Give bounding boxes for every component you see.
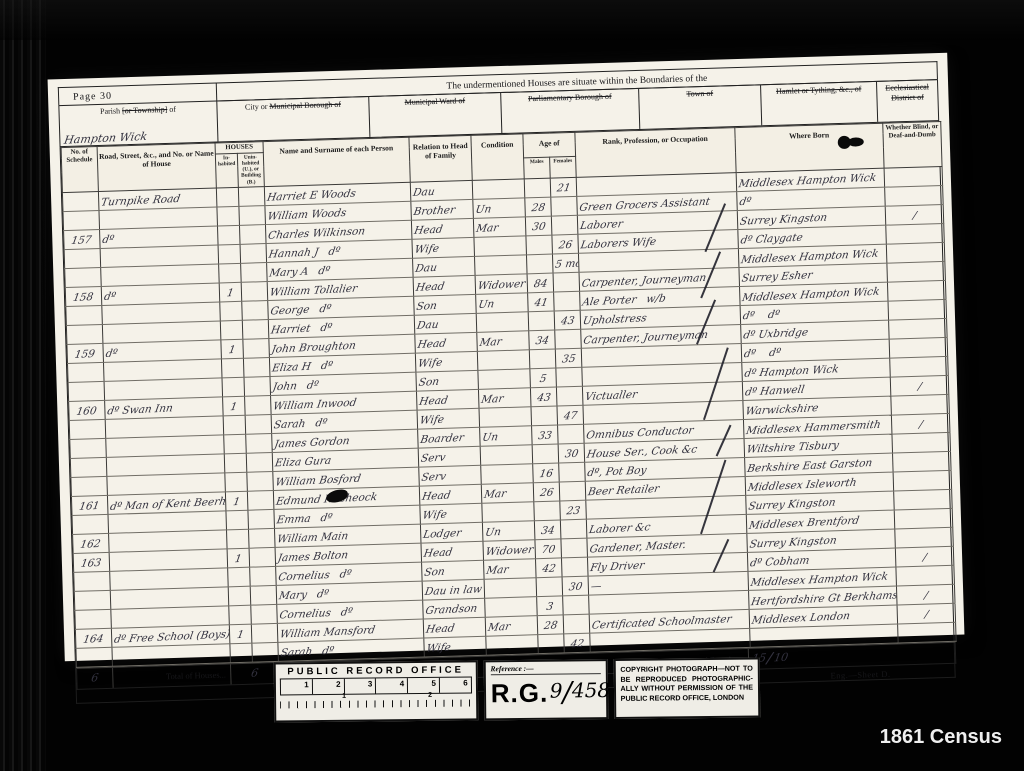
jurisdiction-box: Parish [or Township] ofHampton Wick xyxy=(59,101,218,146)
jurisdiction-box: Parliamentary Borough of xyxy=(501,89,640,133)
cell-age-males: 28 xyxy=(537,615,564,635)
cell-schedule xyxy=(76,647,113,667)
cell-infirm xyxy=(890,356,949,377)
cell-relation: Head xyxy=(421,541,484,562)
col-header-name: Name and Surname of each Person xyxy=(263,137,410,186)
cell-condition xyxy=(475,255,528,276)
cell-age-males: 84 xyxy=(527,273,554,293)
cell-age-females xyxy=(561,538,588,558)
image-caption: 1861 Census xyxy=(880,726,1002,749)
cm-ruler: 12 xyxy=(280,692,472,708)
cell-age-females xyxy=(551,215,578,235)
cell-condition: Mar xyxy=(477,331,530,352)
cell-age-females xyxy=(560,519,587,539)
cell-condition: Mar xyxy=(484,559,537,580)
cell-infirm: / xyxy=(891,413,950,434)
enumeration-table: No. of Schedule Road, Street, &c., and N… xyxy=(61,121,957,668)
inch-mark: 4 xyxy=(376,678,408,693)
cell-infirm xyxy=(892,432,951,453)
cell-relation: Head xyxy=(423,617,486,638)
cell-age-males: 43 xyxy=(530,387,557,407)
cell-uninhabited xyxy=(239,205,266,225)
cell-schedule xyxy=(67,362,104,382)
cell-schedule xyxy=(69,419,106,439)
cell-relation: Boarder xyxy=(418,427,481,448)
cell-infirm xyxy=(898,622,957,643)
jurisdiction-box: Town of xyxy=(639,85,762,129)
cell-age-males: 34 xyxy=(529,330,556,350)
cell-uninhabited xyxy=(252,642,279,662)
cell-relation: Head xyxy=(416,389,479,410)
cell-relation: Brother xyxy=(411,199,474,220)
cell-condition: Mar xyxy=(478,388,531,409)
reference-number: 9/458 xyxy=(550,675,611,709)
cell-age-males: 70 xyxy=(535,539,562,559)
cell-age-males: 26 xyxy=(533,482,560,502)
cell-uninhabited xyxy=(250,585,277,605)
inch-mark: 1 xyxy=(281,679,313,694)
cell-relation: Son xyxy=(414,294,477,315)
cell-uninhabited xyxy=(251,623,278,643)
cell-inhabited: 1 xyxy=(229,624,252,644)
cell-age-males: 28 xyxy=(525,197,552,217)
cell-age-females xyxy=(556,386,583,406)
cell-infirm xyxy=(894,508,953,529)
cell-relation: Son xyxy=(416,370,479,391)
cell-uninhabited xyxy=(243,338,270,358)
pro-copyright-panel: COPYRIGHT PHOTOGRAPH—NOT TO BE REPRODUCE… xyxy=(613,657,760,719)
cell-schedule: 159 xyxy=(67,343,104,363)
cell-schedule xyxy=(62,191,99,211)
cell-inhabited xyxy=(221,358,244,378)
cell-schedule xyxy=(70,438,107,458)
cell-age-females: 21 xyxy=(550,177,577,197)
cell-age-females: 35 xyxy=(555,348,582,368)
cell-age-females xyxy=(556,367,583,387)
cell-inhabited xyxy=(224,434,247,454)
cell-condition xyxy=(472,179,525,200)
cell-schedule: 161 xyxy=(71,495,108,515)
cell-age-females: 5 mo xyxy=(552,253,579,273)
cell-inhabited xyxy=(230,643,253,663)
cell-relation: Head xyxy=(411,218,474,239)
cell-infirm xyxy=(893,470,952,491)
cell-age-females: 43 xyxy=(554,310,581,330)
cell-inhabited xyxy=(216,187,239,207)
cell-uninhabited xyxy=(250,566,277,586)
cell-inhabited: 1 xyxy=(227,548,250,568)
cell-relation: Grandson xyxy=(423,598,486,619)
cell-relation: Dau xyxy=(410,180,473,201)
cell-condition: Widower xyxy=(483,540,536,561)
cell-age-males xyxy=(528,311,555,331)
cell-schedule xyxy=(63,210,100,230)
cell-condition: Un xyxy=(480,426,533,447)
cell-condition: Un xyxy=(476,293,529,314)
cell-condition xyxy=(478,369,531,390)
cell-inhabited xyxy=(225,472,248,492)
cell-age-females xyxy=(558,424,585,444)
cell-relation: Dau xyxy=(413,256,476,277)
cell-infirm: / xyxy=(890,375,949,396)
cell-relation: Lodger xyxy=(420,522,483,543)
film-top-shadow xyxy=(0,0,1024,40)
cell-infirm xyxy=(888,299,947,320)
cell-uninhabited xyxy=(246,452,273,472)
cell-condition xyxy=(480,445,533,466)
col-header-females: Females xyxy=(550,156,577,177)
inch-mark: 3 xyxy=(344,678,376,693)
cell-age-females xyxy=(555,329,582,349)
cell-infirm xyxy=(895,527,954,548)
cell-uninhabited xyxy=(251,604,278,624)
cell-age-females: 23 xyxy=(560,500,587,520)
cell-inhabited xyxy=(227,529,250,549)
cell-uninhabited xyxy=(244,376,271,396)
cm-mark: 2 xyxy=(428,692,432,699)
cell-infirm xyxy=(889,337,948,358)
col-header-males: Males xyxy=(524,157,551,178)
cell-relation: Dau in law xyxy=(422,579,485,600)
cell-age-females: 30 xyxy=(558,443,585,463)
cell-infirm xyxy=(886,223,945,244)
cell-inhabited xyxy=(224,453,247,473)
cell-relation: Head xyxy=(415,332,478,353)
cell-age-males: 16 xyxy=(533,463,560,483)
col-header-uninhabited: Unin-habited (U.), or Building (B.) xyxy=(237,152,264,187)
cell-condition xyxy=(474,236,527,257)
census-page: Page 30 The undermentioned Houses are si… xyxy=(48,53,965,661)
cell-condition xyxy=(486,635,539,656)
cell-age-males xyxy=(538,634,565,654)
cell-relation: Wife xyxy=(412,237,475,258)
pro-ruler-panel: PUBLIC RECORD OFFICE 123456 12 xyxy=(274,660,478,722)
cell-age-males: 5 xyxy=(530,368,557,388)
col-header-relation: Relation to Head of Family xyxy=(409,135,472,182)
cell-infirm: / xyxy=(897,603,956,624)
cell-condition: Widower xyxy=(475,274,528,295)
inch-mark: 6 xyxy=(440,677,471,692)
col-header-born: Where Born xyxy=(735,123,884,172)
cell-age-males xyxy=(529,349,556,369)
cell-condition xyxy=(481,464,534,485)
cell-uninhabited xyxy=(246,433,273,453)
jurisdiction-box: Ecclesiastical District of xyxy=(877,80,938,122)
cell-infirm: / xyxy=(885,204,944,225)
cell-age-females: 30 xyxy=(562,576,589,596)
cell-age-females xyxy=(559,481,586,501)
cell-inhabited xyxy=(220,301,243,321)
cell-infirm xyxy=(887,261,946,282)
cell-inhabited xyxy=(222,377,245,397)
cell-schedule xyxy=(70,457,107,477)
cell-age-females xyxy=(553,272,580,292)
cell-condition xyxy=(477,350,530,371)
cell-schedule xyxy=(65,267,102,287)
cell-age-males: 30 xyxy=(525,216,552,236)
cell-age-males: 34 xyxy=(534,520,561,540)
cell-schedule xyxy=(71,476,108,496)
cell-uninhabited xyxy=(242,300,269,320)
cell-schedule: 157 xyxy=(64,229,101,249)
cell-condition: Mar xyxy=(481,483,534,504)
cell-infirm xyxy=(886,242,945,263)
col-header-road: Road, Street, &c., and No. or Name of Ho… xyxy=(97,143,216,191)
cell-age-females: 26 xyxy=(552,234,579,254)
cell-schedule xyxy=(66,305,103,325)
cell-condition: Mar xyxy=(485,616,538,637)
inch-mark: 5 xyxy=(408,678,440,693)
cell-age-males xyxy=(531,406,558,426)
cell-age-females xyxy=(559,462,586,482)
cell-age-males xyxy=(526,235,553,255)
jurisdiction-box: Hamlet or Tything, &c., of xyxy=(761,82,878,125)
total-houses-value: 6 xyxy=(250,668,259,679)
enumeration-table-wrap: No. of Schedule Road, Street, &c., and N… xyxy=(60,121,956,704)
cell-infirm: / xyxy=(896,584,955,605)
cell-inhabited xyxy=(229,605,252,625)
cell-age-males: 41 xyxy=(528,292,555,312)
cell-relation: Wife xyxy=(415,351,478,372)
cell-age-males xyxy=(524,178,551,198)
film-edge-artifact xyxy=(0,0,46,771)
cell-condition xyxy=(484,578,537,599)
cell-uninhabited xyxy=(245,395,272,415)
cell-relation: Dau xyxy=(414,313,477,334)
cell-condition: Un xyxy=(473,198,526,219)
col-header-occupation: Rank, Profession, or Occupation xyxy=(575,128,736,178)
cell-relation: Head xyxy=(413,275,476,296)
cell-infirm xyxy=(889,318,948,339)
col-header-infirm: Whether Blind, or Deaf-and-Dumb xyxy=(883,121,942,168)
cell-infirm xyxy=(887,280,946,301)
col-header-schedule: No. of Schedule xyxy=(61,147,98,193)
jurisdiction-box: City or Municipal Borough of xyxy=(217,97,370,141)
cell-condition xyxy=(479,407,532,428)
cell-inhabited xyxy=(223,415,246,435)
cell-age-females: 42 xyxy=(564,633,591,653)
cell-relation: Wife xyxy=(420,503,483,524)
total-houses-label: Total of Houses... xyxy=(113,664,231,687)
cell-inhabited: 1 xyxy=(221,339,244,359)
cell-inhabited xyxy=(217,225,240,245)
col-header-inhabited: In-habited xyxy=(215,153,238,188)
cell-schedule: 158 xyxy=(65,286,102,306)
cell-infirm: / xyxy=(895,546,954,567)
cell-uninhabited xyxy=(242,319,269,339)
cell-age-males: 33 xyxy=(532,425,559,445)
photo-background: Page 30 The undermentioned Houses are si… xyxy=(0,0,1024,771)
cell-schedule xyxy=(64,248,101,268)
cell-schedule xyxy=(72,514,109,534)
col-header-condition: Condition xyxy=(471,134,524,180)
cell-uninhabited xyxy=(247,490,274,510)
cell-relation: Serv xyxy=(418,446,481,467)
cell-age-males xyxy=(526,254,553,274)
pro-reference-strip: PUBLIC RECORD OFFICE 123456 12 Reference… xyxy=(274,657,761,722)
jurisdiction-box: Municipal Ward of xyxy=(369,93,502,137)
cell-uninhabited xyxy=(241,281,268,301)
cell-inhabited xyxy=(220,320,243,340)
cell-uninhabited xyxy=(238,186,265,206)
cell-schedule: 163 xyxy=(73,552,110,572)
pro-office-title: PUBLIC RECORD OFFICE xyxy=(280,664,472,677)
cell-infirm xyxy=(885,185,944,206)
cell-relation: Serv xyxy=(419,465,482,486)
cell-condition: Mar xyxy=(473,217,526,238)
cell-schedule xyxy=(75,609,112,629)
cell-age-females xyxy=(561,557,588,577)
cell-infirm xyxy=(894,489,953,510)
cell-uninhabited xyxy=(247,471,274,491)
cell-uninhabited xyxy=(243,357,270,377)
cell-infirm xyxy=(891,394,950,415)
cell-inhabited: 1 xyxy=(223,396,246,416)
cell-inhabited xyxy=(228,586,251,606)
cell-age-males: 3 xyxy=(537,596,564,616)
cell-condition xyxy=(485,597,538,618)
cell-condition xyxy=(476,312,529,333)
cell-age-females xyxy=(554,291,581,311)
cell-age-males xyxy=(532,444,559,464)
cell-uninhabited xyxy=(239,224,266,244)
cell-inhabited xyxy=(217,206,240,226)
cell-condition: Un xyxy=(482,521,535,542)
cell-age-females: 47 xyxy=(557,405,584,425)
cell-inhabited: 1 xyxy=(225,491,248,511)
cell-relation: Head xyxy=(419,484,482,505)
cell-age-males xyxy=(536,577,563,597)
col-header-age: Age of xyxy=(523,132,576,158)
reference-prefix: R.G. xyxy=(491,678,549,710)
cell-inhabited xyxy=(228,567,251,587)
cell-inhabited xyxy=(218,244,241,264)
cell-schedule: 160 xyxy=(69,400,106,420)
cell-age-males xyxy=(534,501,561,521)
cell-schedule xyxy=(66,324,103,344)
cell-age-females xyxy=(563,595,590,615)
cell-age-females xyxy=(551,196,578,216)
cell-condition xyxy=(482,502,535,523)
cell-schedule xyxy=(74,571,111,591)
cell-infirm xyxy=(893,451,952,472)
cell-inhabited xyxy=(226,510,249,530)
cell-inhabited: 1 xyxy=(219,282,242,302)
jurisdiction-value: Hampton Wick xyxy=(63,131,148,146)
cell-uninhabited xyxy=(249,547,276,567)
cell-relation: Son xyxy=(422,560,485,581)
cell-uninhabited xyxy=(240,243,267,263)
inch-mark: 2 xyxy=(313,679,345,694)
cell-age-females xyxy=(563,614,590,634)
cell-infirm xyxy=(896,565,955,586)
cell-relation: Wife xyxy=(424,636,487,657)
cell-schedule xyxy=(68,381,105,401)
cell-uninhabited xyxy=(248,528,275,548)
cell-infirm xyxy=(884,166,943,187)
cm-mark: 1 xyxy=(342,693,346,700)
reference-label: Reference :— xyxy=(490,663,600,675)
pro-reference-panel: Reference :— R.G. 9/458 xyxy=(483,659,607,720)
cell-relation: Wife xyxy=(417,408,480,429)
cell-schedule xyxy=(74,590,111,610)
cell-age-males: 42 xyxy=(536,558,563,578)
total-females: 10 xyxy=(773,652,789,664)
cell-inhabited xyxy=(219,263,242,283)
cell-uninhabited xyxy=(248,509,275,529)
cell-uninhabited xyxy=(245,414,272,434)
cell-uninhabited xyxy=(241,262,268,282)
cell-schedule: 164 xyxy=(75,628,112,648)
cell-schedule: 162 xyxy=(73,533,110,553)
houses-total-margin: 6 xyxy=(90,672,99,683)
